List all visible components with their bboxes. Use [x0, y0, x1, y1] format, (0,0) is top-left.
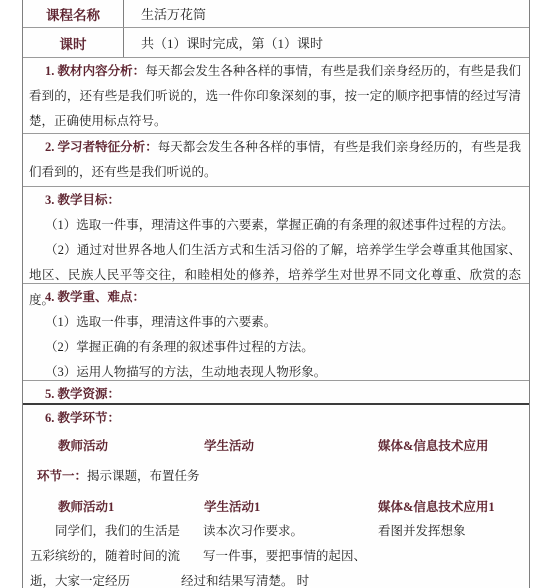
section-key-difficult-points: 4. 教学重、难点： （1）选取一件事，理清这件事的六要素。 （2）掌握正确的有… [23, 284, 529, 381]
section-teaching-process: 6. 教学环节： 教师活动 学生活动 媒体&信息技术应用 环节一：揭示课题，布置… [23, 405, 529, 588]
section-learner-analysis: 2. 学习者特征分析：每天都会发生各种各样的事情，有些是我们亲身经历的，有些是我… [23, 134, 529, 187]
media-it-column: 媒体&信息技术应用1 看图并发挥想象 [366, 495, 521, 544]
student-activity-column-header: 学生活动 [180, 435, 366, 457]
student-activity-column: 学生活动1 读本次习作要求。 写一件事，要把事情的起因、经过和结果写清楚。 时 [180, 495, 366, 588]
key-point-item: （1）选取一件事，理清这件事的六要素。 [29, 310, 521, 335]
material-analysis-heading: 1. 教材内容分析： [45, 64, 145, 78]
learner-analysis-heading: 2. 学习者特征分析： [45, 140, 158, 154]
key-point-item: （2）掌握正确的有条理的叙述事件过程的方法。 [29, 335, 521, 360]
course-name-value: 生活万花筒 [124, 4, 529, 23]
stage-one-text: 揭示课题，布置任务 [87, 469, 200, 483]
student-activity-1-text: 写一件事，要把事情的起因、经过和结果写清楚。 时 [181, 544, 366, 588]
table-row-class-hours: 课时 共（1）课时完成，第（1）课时 [23, 28, 529, 58]
student-activity-1-text: 读本次习作要求。 [181, 519, 366, 544]
student-activity-1-header: 学生活动1 [181, 495, 366, 519]
class-hours-label: 课时 [23, 28, 124, 57]
activity-column-headers: 教师活动 学生活动 媒体&信息技术应用 [29, 435, 521, 457]
course-name-label: 课程名称 [23, 0, 124, 27]
stage-one-label: 环节一： [37, 469, 87, 483]
media-it-1-header: 媒体&信息技术应用1 [378, 495, 521, 519]
stage-one-line: 环节一：揭示课题，布置任务 [29, 465, 521, 487]
key-points-heading: 4. 教学重、难点： [45, 290, 145, 304]
media-it-1-text: 看图并发挥想象 [378, 519, 521, 544]
teaching-objectives-heading-line: 3. 教学目标： [29, 188, 521, 213]
learner-analysis-paragraph: 2. 学习者特征分析：每天都会发生各种各样的事情，有些是我们亲身经历的，有些是我… [29, 135, 521, 185]
teaching-resources-heading-line: 5. 教学资源： [29, 382, 521, 407]
teaching-resources-heading: 5. 教学资源： [45, 387, 120, 401]
objective-item: （1）选取一件事，理清这件事的六要素，掌握正确的有条理的叙述事件过程的方法。 [29, 213, 521, 238]
media-it-column-header: 媒体&信息技术应用 [366, 435, 521, 457]
teacher-activity-column-header: 教师活动 [29, 435, 180, 457]
section-teaching-objectives: 3. 教学目标： （1）选取一件事，理清这件事的六要素，掌握正确的有条理的叙述事… [23, 187, 529, 284]
teaching-process-heading: 6. 教学环节： [45, 411, 120, 425]
teaching-process-heading-line: 6. 教学环节： [29, 406, 521, 431]
key-points-heading-line: 4. 教学重、难点： [29, 285, 521, 310]
activity-columns: 教师活动1 同学们，我们的生活是五彩缤纷的，随着时间的流逝，大家一定经历 学生活… [29, 495, 521, 588]
class-hours-value: 共（1）课时完成，第（1）课时 [124, 33, 529, 52]
table-row-course-name: 课程名称 生活万花筒 [23, 0, 529, 28]
teacher-activity-column: 教师活动1 同学们，我们的生活是五彩缤纷的，随着时间的流逝，大家一定经历 [29, 495, 180, 588]
section-material-analysis: 1. 教材内容分析：每天都会发生各种各样的事情，有些是我们亲身经历的，有些是我们… [23, 58, 529, 134]
teacher-activity-1-header: 教师活动1 [30, 495, 180, 519]
teaching-objectives-heading: 3. 教学目标： [45, 193, 120, 207]
material-analysis-paragraph: 1. 教材内容分析：每天都会发生各种各样的事情，有些是我们亲身经历的，有些是我们… [29, 59, 521, 134]
lesson-plan-table: 课程名称 生活万花筒 课时 共（1）课时完成，第（1）课时 1. 教材内容分析：… [22, 0, 530, 588]
teacher-activity-1-text: 同学们，我们的生活是五彩缤纷的，随着时间的流逝，大家一定经历 [30, 519, 180, 588]
